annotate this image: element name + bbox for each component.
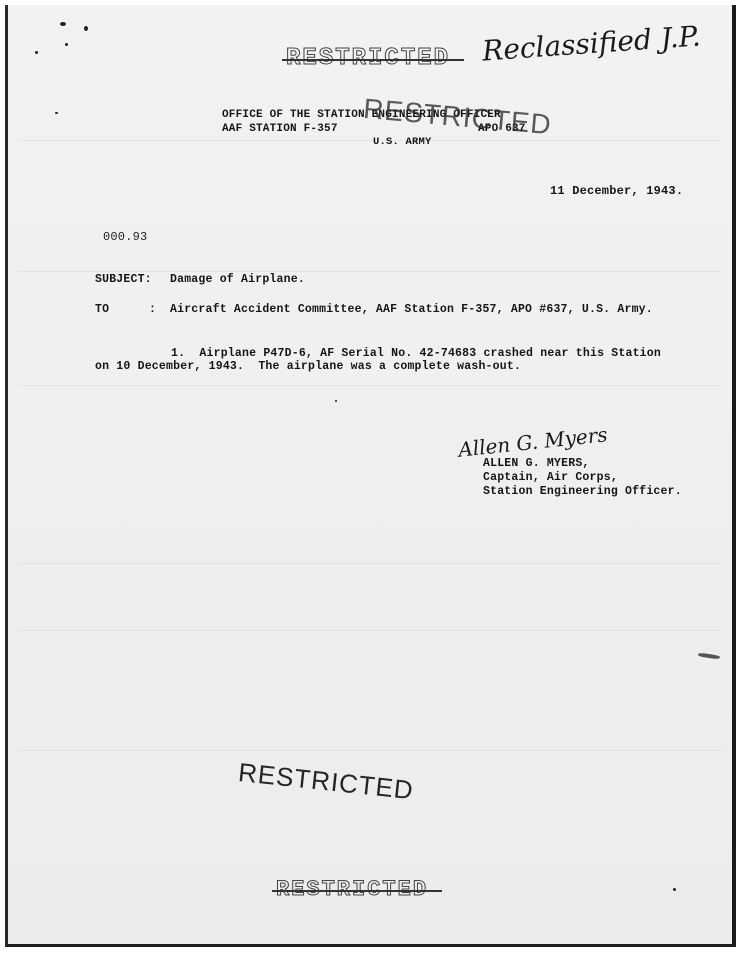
ink-smudge [698,652,720,659]
top-restricted-stamp-struck: RESTRICTED [286,45,450,72]
file-number: 000.93 [103,231,147,243]
body-paragraph-line-2: on 10 December, 1943. The airplane was a… [95,361,521,373]
to-label: TO [95,304,109,316]
bottom-restricted-stamp-slanted: RESTRICTED [237,757,415,806]
document-page: RESTRICTED Reclassified J.P. OFFICE OF T… [5,5,736,947]
signer-title: Station Engineering Officer. [483,486,682,498]
subject-value: Damage of Airplane. [170,274,305,286]
ink-speck [335,400,337,402]
header-restricted-overlay-stamp: RESTRICTED [362,93,553,141]
header-army-line: U.S. ARMY [373,137,432,148]
ink-speck [35,51,38,54]
handwritten-reclassified-note: Reclassified J.P. [481,19,702,67]
letter-date: 11 December, 1943. [550,185,683,197]
to-value: Aircraft Accident Committee, AAF Station… [170,304,653,316]
header-station-line: AAF STATION F-357 [222,124,338,135]
signer-rank: Captain, Air Corps, [483,472,618,484]
signer-name: ALLEN G. MYERS, [483,458,590,470]
to-colon: : [149,304,156,316]
ink-speck [65,43,68,46]
subject-label: SUBJECT: [95,274,152,286]
ink-speck [60,22,66,26]
handwritten-signature: Allen G. Myers [457,422,608,462]
ink-speck [55,112,58,114]
ink-speck [84,26,88,31]
bottom-restricted-stamp-struck: RESTRICTED [276,877,428,902]
body-paragraph-line-1: 1. Airplane P47D-6, AF Serial No. 42-746… [171,348,661,360]
ink-speck [673,888,676,891]
